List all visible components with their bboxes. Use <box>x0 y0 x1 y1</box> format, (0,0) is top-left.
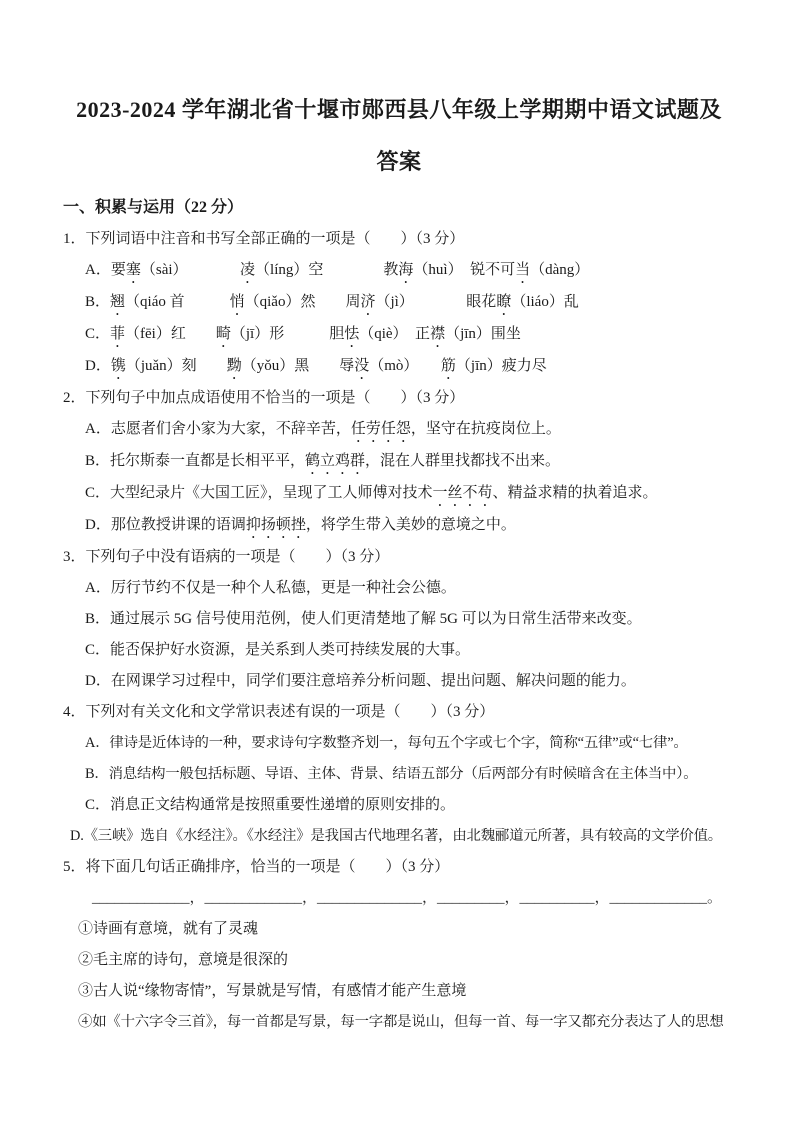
question-1: 1．下列词语中注音和书写全部正确的一项是（ ）（3 分） A．要塞（sài） 凌… <box>63 224 735 383</box>
question-3-option-a: A．厉行节约不仅是一种个人私德，更是一种社会公德。 <box>63 573 735 604</box>
question-1-stem: 1．下列词语中注音和书写全部正确的一项是（ ）（3 分） <box>63 224 735 255</box>
question-5-stem: 5．将下面几句话正确排序，恰当的一项是（ ）（3 分） <box>63 852 735 883</box>
question-1-option-b: B．翘（qiáo 首 悄（qiǎo）然 周济（jì） 眼花瞭（liáo）乱 <box>63 287 735 319</box>
question-3: 3．下列句子中没有语病的一项是（ ）（3 分） A．厉行节约不仅是一种个人私德，… <box>63 542 735 697</box>
question-2-stem: 2．下列句子中加点成语使用不恰当的一项是（ ）（3 分） <box>63 383 735 414</box>
question-5: 5．将下面几句话正确排序，恰当的一项是（ ）（3 分） ____________… <box>63 852 735 1038</box>
question-4-option-b: B．消息结构一般包括标题、导语、主体、背景、结语五部分（后两部分有时候暗含在主体… <box>63 759 735 790</box>
question-4-option-c: C．消息正文结构通常是按照重要性递增的原则安排的。 <box>63 790 735 821</box>
question-4-stem: 4．下列对有关文化和文学常识表述有误的一项是（ ）（3 分） <box>63 697 735 728</box>
question-2-option-b: B．托尔斯泰一直都是长相平平，鹤立鸡群，混在人群里找都找不出来。 <box>63 446 735 478</box>
question-5-sentence-2: ②毛主席的诗句，意境是很深的 <box>63 945 735 976</box>
exam-paper-page: 2023-2024 学年湖北省十堰市郧西县八年级上学期期中语文试题及答案 一、积… <box>0 0 793 1122</box>
question-3-option-d: D．在网课学习过程中，同学们要注意培养分析问题、提出问题、解决问题的能力。 <box>63 666 735 697</box>
page-title: 2023-2024 学年湖北省十堰市郧西县八年级上学期期中语文试题及答案 <box>65 84 733 188</box>
question-5-sentence-4: ④如《十六字令三首》，每一首都是写景，每一字都是说山，但每一首、每一字又都充分表… <box>63 1007 735 1038</box>
section-heading: 一、积累与运用（22 分） <box>63 192 735 224</box>
question-1-option-a: A．要塞（sài） 凌（líng）空 教海（huì） 锐不可当（dàng） <box>63 255 735 287</box>
question-5-sentence-3: ③古人说“缘物寄情”，写景就是写情，有感情才能产生意境 <box>63 976 735 1007</box>
question-4-option-a: A．律诗是近体诗的一种，要求诗句字数整齐划一，每句五个字或七个字，简称“五律”或… <box>63 728 735 759</box>
question-1-option-c: C．菲（fēi）红 畸（jī）形 胆怯（qiè） 正襟（jīn）围坐 <box>63 319 735 351</box>
question-2-option-d: D．那位教授讲课的语调抑扬顿挫，将学生带入美妙的意境之中。 <box>63 510 735 542</box>
question-2-option-a: A．志愿者们舍小家为大家，不辞辛苦，任劳任怨，坚守在抗疫岗位上。 <box>63 414 735 446</box>
question-2-option-c: C．大型纪录片《大国工匠》，呈现了工人师傅对技术一丝不苟、精益求精的执着追求。 <box>63 478 735 510</box>
question-3-option-b: B．通过展示 5G 信号使用范例，使人们更清楚地了解 5G 可以为日常生活带来改… <box>63 604 735 635</box>
question-1-option-d: D．镌（juǎn）刻 黝（yǒu）黑 辱没（mò） 筋（jīn）疲力尽 <box>63 351 735 383</box>
question-5-blank-line: _____________，_____________，____________… <box>63 883 735 914</box>
question-4-option-d: D.《三峡》选自《水经注》。《水经注》是我国古代地理名著，由北魏郦道元所著，具有… <box>63 821 735 852</box>
question-5-sentence-1: ①诗画有意境，就有了灵魂 <box>63 914 735 945</box>
question-3-stem: 3．下列句子中没有语病的一项是（ ）（3 分） <box>63 542 735 573</box>
question-4: 4．下列对有关文化和文学常识表述有误的一项是（ ）（3 分） A．律诗是近体诗的… <box>63 697 735 852</box>
question-3-option-c: C．能否保护好水资源，是关系到人类可持续发展的大事。 <box>63 635 735 666</box>
question-2: 2．下列句子中加点成语使用不恰当的一项是（ ）（3 分） A．志愿者们舍小家为大… <box>63 383 735 542</box>
